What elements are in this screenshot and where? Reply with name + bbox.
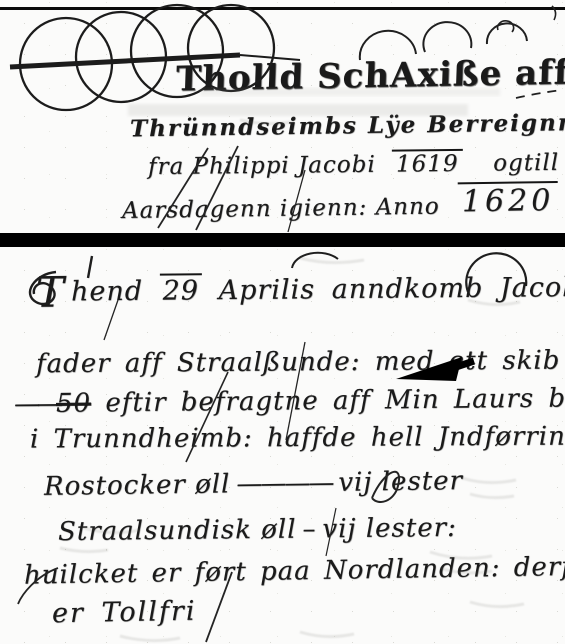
initial-capital: T	[36, 267, 65, 316]
page-title: Tholld SchAxiße aff	[175, 53, 565, 100]
title-section: Tholld SchAxiße aff Thrünndseimbs Lÿe Be…	[0, 0, 565, 233]
year-1619: 1619	[392, 149, 463, 178]
entry-day-number: 29	[160, 273, 203, 306]
entry-line-date: Thend 29 Aprilis anndkomb Jacob Con:	[36, 269, 565, 307]
entry-line-origin: fader aff Straalßunde: med ett skib dreg…	[36, 345, 565, 379]
item-amount: vij lester:	[322, 513, 457, 544]
item-name: Rostocker øll	[44, 469, 231, 502]
page-subtitle: Thrünndseimbs Lÿe Berreignnitt	[130, 109, 565, 143]
anno-pre: Aarsdagenn igienn: Anno	[122, 194, 440, 224]
ledger-rule: –	[302, 514, 316, 544]
entry-item-rostock-beer: Rostocker øll————vij lester	[44, 466, 463, 502]
entry-item-stralsund-beer: Straalsundisk øll–vij lester:	[58, 513, 457, 547]
item-amount: vij lester	[338, 466, 463, 498]
quantity-50: 50	[56, 388, 91, 418]
date-range-line: fra Philippi Jacobi 1619 ogtill	[148, 148, 559, 180]
entry-word-thend: hend	[71, 276, 143, 308]
date-range-pre: fra Philippi Jacobi	[148, 152, 376, 180]
strike-dash: ——	[14, 389, 60, 419]
scan-edge-line	[0, 7, 565, 10]
item-name: Straalsundisk øll	[58, 515, 297, 547]
anno-line: Aarsdagenn igienn: Anno 1620	[122, 183, 559, 226]
entry-line-town: i Trunndheimb: haffde hell Jndførring	[30, 422, 565, 455]
entry-line-cargo-rest: eftir befragtne aff Min Laurs borger	[105, 383, 565, 419]
manuscript-page: Tholld SchAxiße aff Thrünndseimbs Lÿe Be…	[0, 0, 565, 644]
ledger-rule: ————	[236, 468, 332, 499]
date-range-post: ogtill	[493, 150, 559, 177]
entry-line-date-rest: Aprilis anndkomb Jacob Con:	[218, 271, 565, 306]
entry-line-cargo: ——50 eftir befragtne aff Min Laurs borge…	[14, 383, 565, 420]
year-1620: 1620	[458, 181, 559, 219]
section-divider	[0, 233, 565, 247]
entry-line-tollfree: er Tollfri	[52, 596, 197, 630]
